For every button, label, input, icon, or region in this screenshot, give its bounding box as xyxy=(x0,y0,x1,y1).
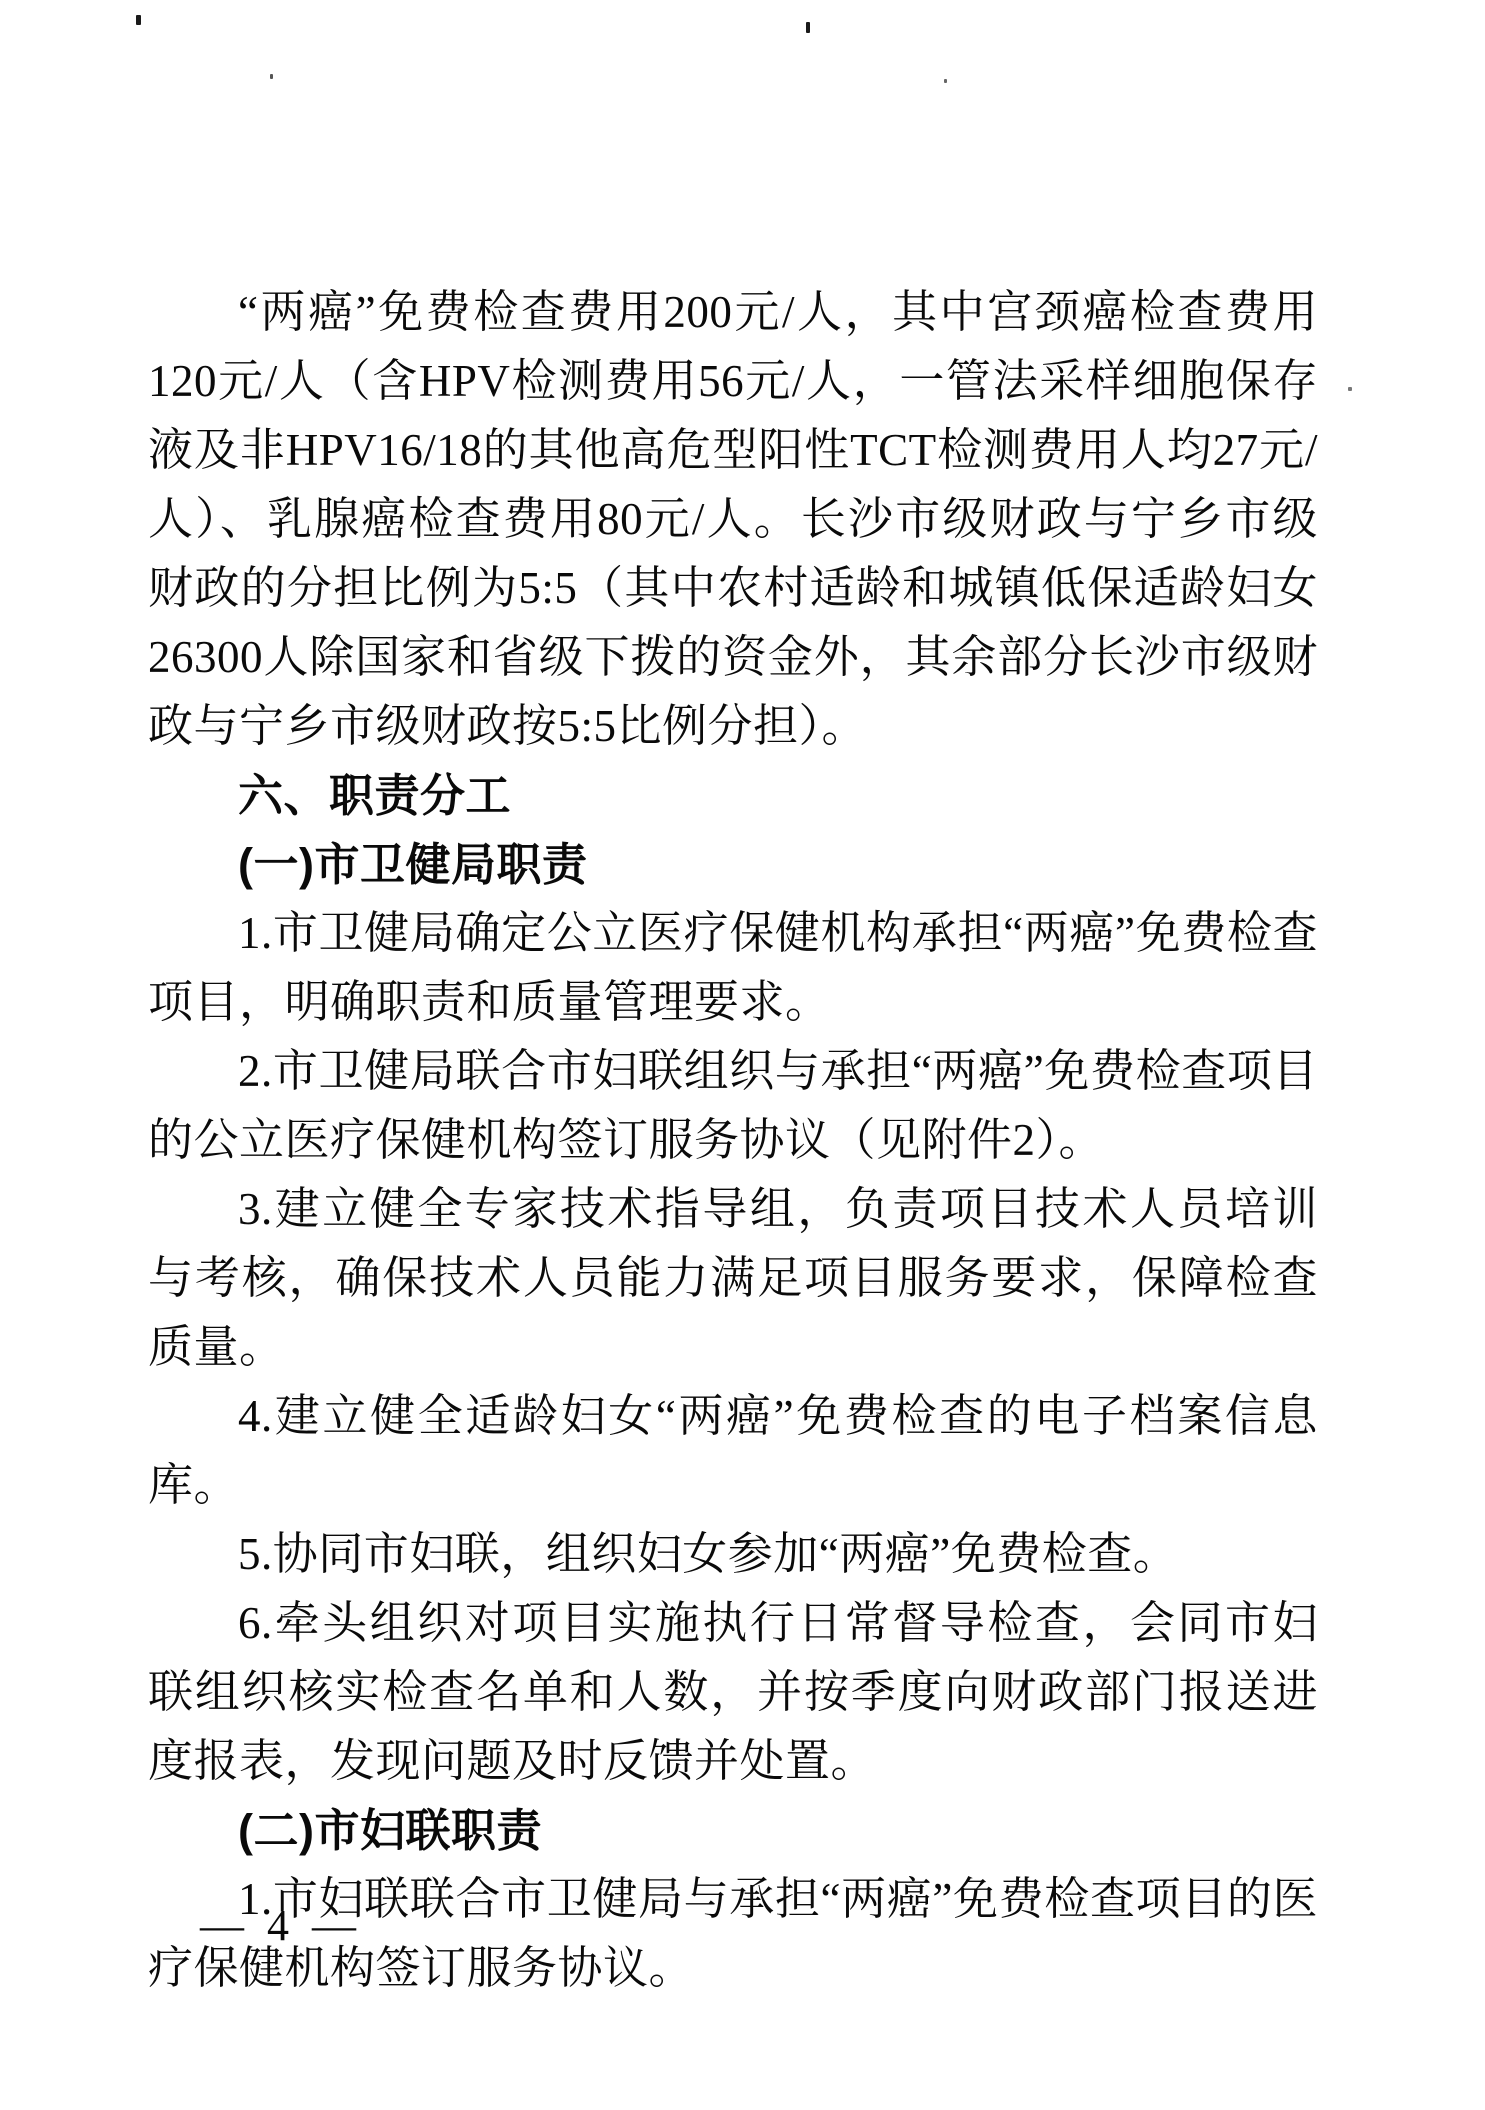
fees-paragraph: “两癌”免费检查费用200元/人，其中宫颈癌检查费用120元/人（含HPV检测费… xyxy=(148,278,1318,761)
health-bureau-item-1: 1.市卫健局确定公立医疗保健机构承担“两癌”免费检查项目，明确职责和质量管理要求… xyxy=(148,899,1318,1037)
subsection-heading-women-federation: (二)市妇联职责 xyxy=(148,1796,1318,1865)
scan-speck-icon xyxy=(806,22,810,33)
health-bureau-item-4: 4.建立健全适龄妇女“两癌”免费检查的电子档案信息库。 xyxy=(148,1382,1318,1520)
scan-speck-icon xyxy=(136,15,141,25)
health-bureau-item-2: 2.市卫健局联合市妇联组织与承担“两癌”免费检查项目的公立医疗保健机构签订服务协… xyxy=(148,1037,1318,1175)
scan-speck-icon xyxy=(270,74,273,79)
scan-speck-icon xyxy=(944,79,947,83)
document-page: “两癌”免费检查费用200元/人，其中宫颈癌检查费用120元/人（含HPV检测费… xyxy=(0,0,1485,2110)
health-bureau-item-6: 6.牵头组织对项目实施执行日常督导检查，会同市妇联组织核实检查名单和人数，并按季… xyxy=(148,1589,1318,1796)
document-body: “两癌”免费检查费用200元/人，其中宫颈癌检查费用120元/人（含HPV检测费… xyxy=(148,278,1318,2003)
section-heading-duties: 六、职责分工 xyxy=(148,761,1318,830)
subsection-heading-health-bureau: (一)市卫健局职责 xyxy=(148,830,1318,899)
page-number: — 4 — xyxy=(200,1902,362,1950)
scan-speck-icon xyxy=(1348,387,1352,391)
health-bureau-item-5: 5.协同市妇联，组织妇女参加“两癌”免费检查。 xyxy=(148,1520,1318,1589)
health-bureau-item-3: 3.建立健全专家技术指导组，负责项目技术人员培训与考核，确保技术人员能力满足项目… xyxy=(148,1175,1318,1382)
